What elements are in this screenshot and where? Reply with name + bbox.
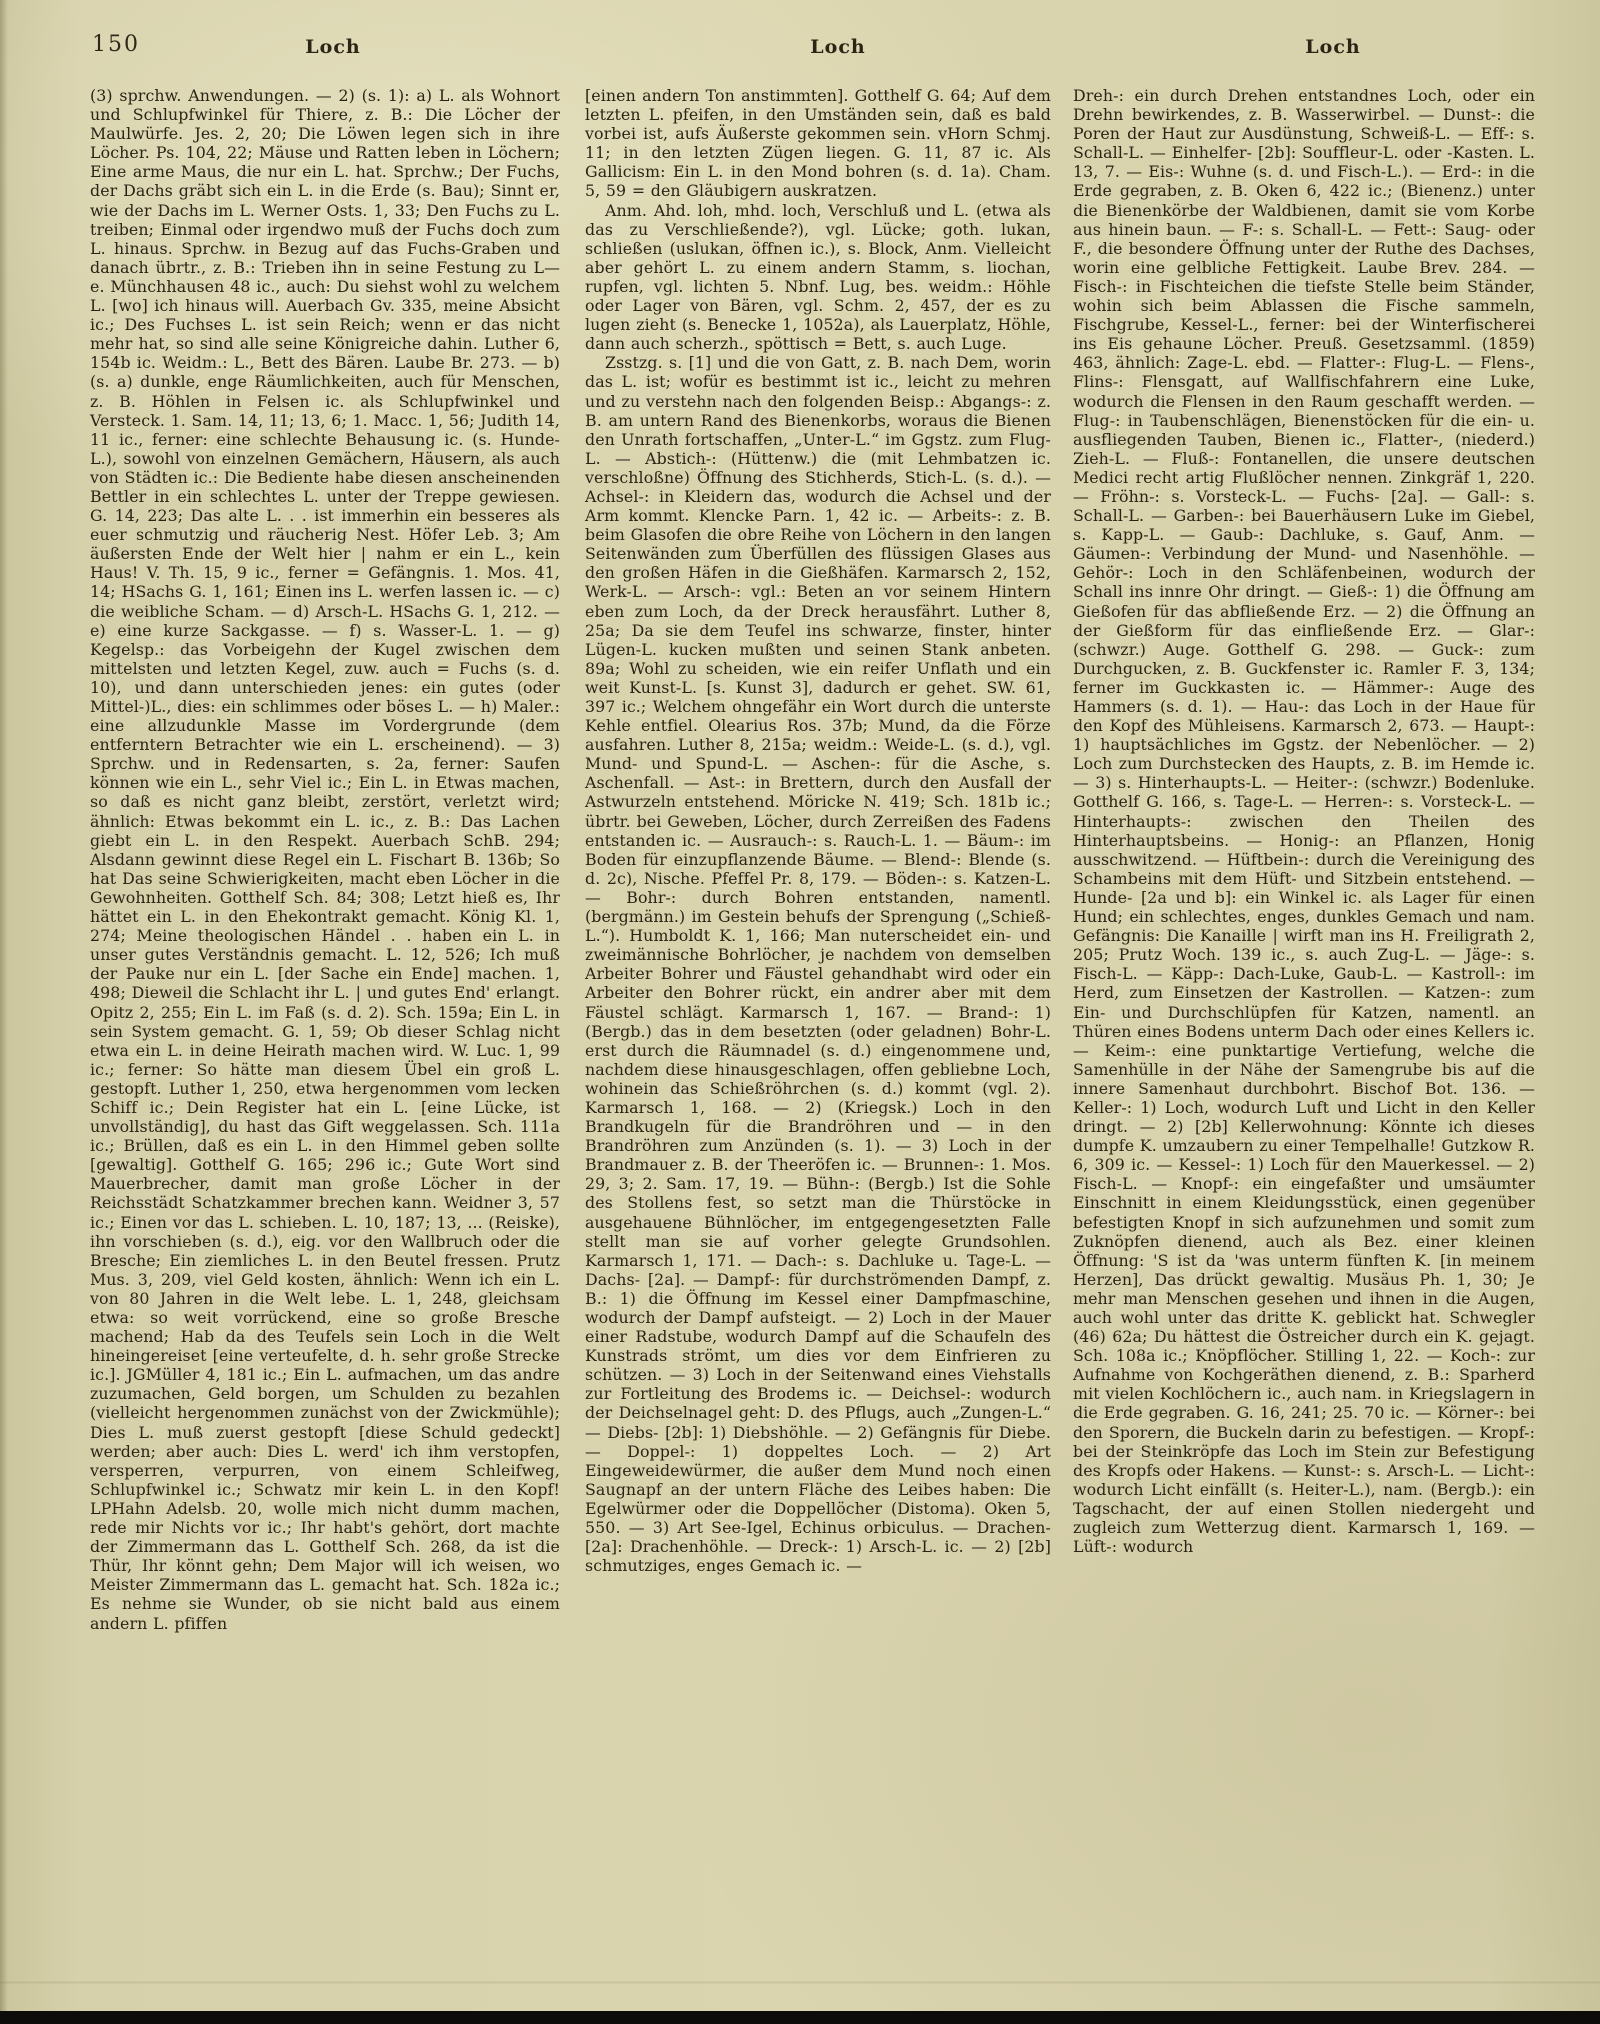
- running-head-column-2: Loch: [810, 36, 865, 58]
- text-column-1: (3) sprchw. Anwendungen. — 2) (s. 1): a)…: [90, 86, 560, 1633]
- text-column-2: [einen andern Ton anstimmten]. Gotthelf …: [585, 86, 1051, 1575]
- dictionary-page-scan: { "page": { "number": "150", "running_he…: [0, 0, 1600, 2024]
- dictionary-paragraph: [einen andern Ton anstimmten]. Gotthelf …: [585, 86, 1051, 201]
- dictionary-paragraph: Anm. Ahd. loh, mhd. loch, Verschluß und …: [585, 201, 1051, 354]
- dictionary-paragraph: Zsstzg. s. [1] und die von Gatt, z. B. n…: [585, 353, 1051, 1575]
- scan-bottom-black-bar: [0, 2011, 1600, 2024]
- running-head-column-3: Loch: [1305, 36, 1360, 58]
- scan-left-edge-shadow: [0, 0, 8, 2024]
- dictionary-paragraph: Dreh-: ein durch Drehen entstandnes Loch…: [1073, 86, 1535, 1556]
- paper-crease-line: [0, 1981, 1600, 1984]
- dictionary-paragraph: (3) sprchw. Anwendungen. — 2) (s. 1): a)…: [90, 86, 560, 1633]
- page-number: 150: [92, 32, 140, 57]
- running-head-column-1: Loch: [305, 36, 360, 58]
- text-column-3: Dreh-: ein durch Drehen entstandnes Loch…: [1073, 86, 1535, 1556]
